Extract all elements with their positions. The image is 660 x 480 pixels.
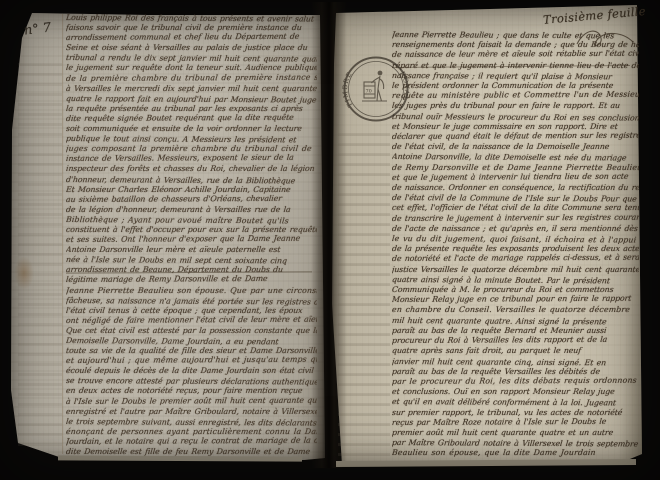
- stamp-allegorical-figure: [362, 71, 387, 101]
- handwriting-line: inspecteur des forêts et chasses du Roi,…: [66, 164, 317, 174]
- document-scan: Louis philippe Roi des français à tous p…: [0, 0, 660, 480]
- handwriting-line: en chambre du Conseil. Versailles le qua…: [392, 305, 639, 315]
- handwriting-line: arrondissement communal et chef lieu du …: [66, 32, 317, 43]
- handwriting-line: instance de Versailles. Messieurs, expos…: [66, 153, 317, 164]
- handwriting-line: écoulé depuis le décès de la dite Dame J…: [66, 366, 317, 376]
- stamp-inner-ring: [349, 62, 404, 117]
- handwriting-line: de l'état civil, de la naissance de la D…: [392, 142, 639, 152]
- handwriting-line: de notoriété et l'acte de mariage rappel…: [392, 253, 639, 264]
- bleed-through-right-margin: [338, 130, 390, 458]
- handwriting-line: Jourdain, et le notaire qui a reçu le co…: [66, 436, 317, 447]
- handwriting-line: Jeanne Pierrette Beaulieu son épouse. Qu…: [66, 286, 317, 296]
- paraph-flourish: [575, 26, 637, 52]
- handwriting-line: Antoine Darsonville leur mère et aïeule …: [66, 245, 317, 255]
- timbre-royal-stamp: TIMBRE ROYAL 70: [342, 55, 410, 123]
- handwriting-line: de la légion d'honneur, demeurant à Vers…: [66, 205, 317, 215]
- handwriting-line: de l'acte de naissance ; et qu'après en,…: [392, 224, 639, 234]
- handwriting-line: déclarer que quand était le défaut de me…: [392, 131, 639, 142]
- margin-rule: [62, 14, 63, 454]
- handwriting-line: par le procureur du Roi, les dits débats…: [392, 376, 639, 387]
- handwriting-line: Seine et oise séant à Versailles au pala…: [66, 43, 317, 53]
- handwriting-line: Beaulieu son épouse, que la dite Dame Jo…: [392, 448, 639, 458]
- handwriting-line: premier août mil huit cent quarante quat…: [392, 428, 639, 438]
- handwriting-line: au sixième bataillon de chasseurs d'Orlé…: [66, 193, 317, 204]
- handwriting-line: ont négligé de faire mentionner l'état c…: [66, 314, 317, 325]
- stamp-text-royal: ROYAL: [398, 70, 410, 102]
- handwriting-line: quatre après sans fait droit, au parquet…: [392, 346, 639, 356]
- handwriting-line: et ses suites. Ont l'honneur d'exposer q…: [66, 234, 317, 245]
- left-page-handwriting: Louis philippe Roi des français à tous p…: [66, 13, 317, 459]
- handwriting-line: dite Demoiselle est fille de feu Remy Da…: [66, 447, 317, 457]
- handwriting-line: à l'Isle sur le Doubs le premier août mi…: [66, 395, 317, 406]
- handwriting-line: à Versailles le mercredi dix sept janvie…: [66, 84, 317, 94]
- stamp-text-timbre: TIMBRE: [342, 70, 354, 109]
- handwriting-line: et aujourd'hui ; que même aujourd'hui et…: [66, 355, 317, 366]
- handwriting-line: Monsieur Relay juge en ce tribunal pour …: [392, 294, 639, 305]
- right-page-handwriting: Jeanne Pierrette Beaulieu ; que dans le …: [392, 30, 639, 460]
- handwriting-line: les juges près du tribunal pour en faire…: [392, 101, 639, 111]
- handwriting-line: de la première chambre du tribunal de pr…: [66, 72, 317, 83]
- handwriting-line: reçus par Maître Roze notaire à l'Isle s…: [392, 416, 639, 427]
- stamp-denomination: 70: [366, 89, 372, 95]
- handwriting-line: soit communiquée et ensuite de la voir o…: [66, 124, 317, 134]
- handwriting-line: Que cet état civil est attesté par la po…: [66, 326, 317, 336]
- ink-stain: [14, 256, 34, 290]
- handwriting-line: dite requête signée Boutet requérant que…: [66, 113, 317, 124]
- handwriting-line: requête au ministère public et Commettre…: [392, 90, 639, 101]
- bleed-through-left-margin: [18, 60, 62, 448]
- handwriting-line: de naissance. Ordonner en conséquence, l…: [392, 183, 639, 193]
- handwriting-line: justice Versailles le quatorze décembre …: [392, 265, 639, 275]
- handwriting-line: procureur du Roi à Versailles les dits r…: [392, 335, 639, 346]
- stamp-outer-ring: [345, 58, 408, 121]
- under-page-edge-right: [336, 459, 636, 467]
- handwriting-line: et conclusions. Ouï en son rapport Monsi…: [392, 387, 639, 397]
- handwriting-line: de transcrire le jugement à intervenir s…: [392, 212, 639, 223]
- handwriting-line: réparé et que le jugement à intervenir t…: [392, 61, 639, 71]
- handwriting-line: enregistré et l'autre par Maître Griboul…: [66, 407, 317, 417]
- handwriting-line: et que le jugement à intervenir lui tien…: [392, 172, 639, 183]
- handwriting-line: légitime mariage de Remy Darsonville et …: [66, 274, 317, 285]
